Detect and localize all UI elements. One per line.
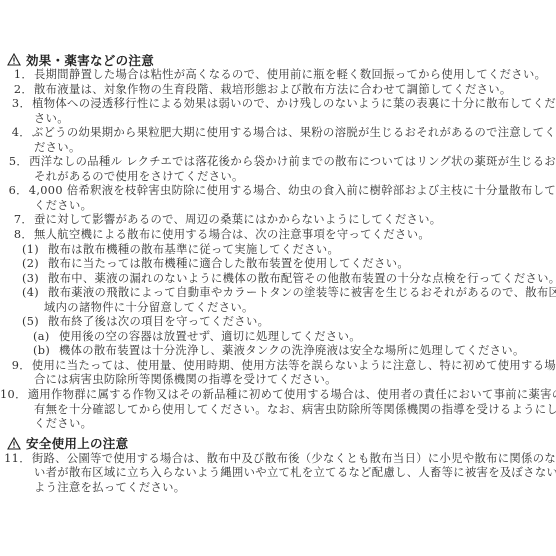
list-item-5: 5． 西洋なしの品種ル レクチエでは落花後から袋かけ前までの散布についてはリング… bbox=[0, 155, 556, 170]
sub-item-1: (1) 散布は散布機種の散布基準に従って実施してください。 bbox=[0, 243, 556, 258]
warning-triangle-icon bbox=[7, 53, 21, 66]
precautions-document: 効果・薬害などの注意 1． 長期間静置した場合は粘性が高くなるので、使用前に瓶を… bbox=[0, 51, 556, 495]
section-heading-text: 安全使用上の注意 bbox=[26, 434, 128, 452]
list-item-3-cont: さい。 bbox=[0, 112, 556, 127]
list-item-5-cont: それがあるので使用をさけてください。 bbox=[0, 170, 556, 185]
list-item-11-cont-1: い者が散布区域に立ち入らないよう縄囲いや立て札を立てるなど配慮し、人畜等に被害を… bbox=[0, 466, 556, 481]
list-item-10-cont-2: ください。 bbox=[0, 417, 556, 432]
list-item-4-cont: ださい。 bbox=[0, 141, 556, 156]
list-item-11-cont-2: よう注意を払ってください。 bbox=[0, 481, 556, 496]
list-item-4: 4． ぶどうの幼果期から果粒肥大期に使用する場合は、果粉の溶脱が生じるおそれがあ… bbox=[0, 126, 556, 141]
warning-triangle-icon bbox=[7, 437, 21, 450]
sub-item-5: (5) 散布終了後は次の項目を守ってください。 bbox=[0, 315, 556, 330]
sub-item-4: (4) 散布薬液の飛散によって自動車やカラートタンの塗装等に被害を生じるおそれが… bbox=[0, 286, 556, 301]
list-item-8: 8． 無人航空機による散布に使用する場合は、次の注意事項を守ってください。 bbox=[0, 228, 556, 243]
sub-sub-item-b: (b) 機体の散布装置は十分洗浄し、薬液タンクの洗浄廃液は安全な場所に処理してく… bbox=[0, 344, 556, 359]
list-item-2: 2． 散布液量は、対象作物の生育段階、栽培形態および散布方法に合わせて調節してく… bbox=[0, 83, 556, 98]
list-item-10-cont-1: 有無を十分確認してから使用してください。なお、病害虫防除所等関係機関の指導を受け… bbox=[0, 403, 556, 418]
sub-item-3: (3) 散布中、薬液の漏れのないように機体の散布配管その他散布装置の十分な点検を… bbox=[0, 272, 556, 287]
list-item-6-cont: ください。 bbox=[0, 199, 556, 214]
list-item-9-cont: 合には病害虫防除所等関係機関の指導を受けてください。 bbox=[0, 373, 556, 388]
list-item-10: 10． 適用作物群に属する作物又はその新品種に初めて使用する場合は、使用者の責任… bbox=[0, 388, 556, 403]
sub-sub-item-a: (a) 使用後の空の容器は放置せず、適切に処理してください。 bbox=[0, 330, 556, 345]
list-item-3: 3． 植物体への浸透移行性による効果は弱いので、かけ残しのないように葉の表裏に十… bbox=[0, 97, 556, 112]
list-item-11: 11． 街路、公園等で使用する場合は、散布中及び散布後（少なくとも散布当日）に小… bbox=[0, 452, 556, 467]
sub-item-4-cont: 域内の諸物件に十分留意してください。 bbox=[0, 301, 556, 316]
sub-item-2: (2) 散布に当たっては散布機種に適合した散布装置を使用してください。 bbox=[0, 257, 556, 272]
list-item-6: 6． 4,000 倍希釈液を枝幹害虫防除に使用する場合、幼虫の食入前に樹幹部およ… bbox=[0, 184, 556, 199]
section-heading-safety: 安全使用上の注意 bbox=[7, 435, 556, 452]
list-item-1: 1． 長期間静置した場合は粘性が高くなるので、使用前に瓶を軽く数回振ってから使用… bbox=[0, 68, 556, 83]
list-item-9: 9． 使用に当たっては、使用量、使用時期、使用方法等を誤らないように注意し、特に… bbox=[0, 359, 556, 374]
list-item-7: 7． 蚕に対して影響があるので、周辺の桑葉にはかからないようにしてください。 bbox=[0, 213, 556, 228]
section-heading-effects: 効果・薬害などの注意 bbox=[7, 51, 556, 68]
section-heading-text: 効果・薬害などの注意 bbox=[26, 51, 154, 69]
